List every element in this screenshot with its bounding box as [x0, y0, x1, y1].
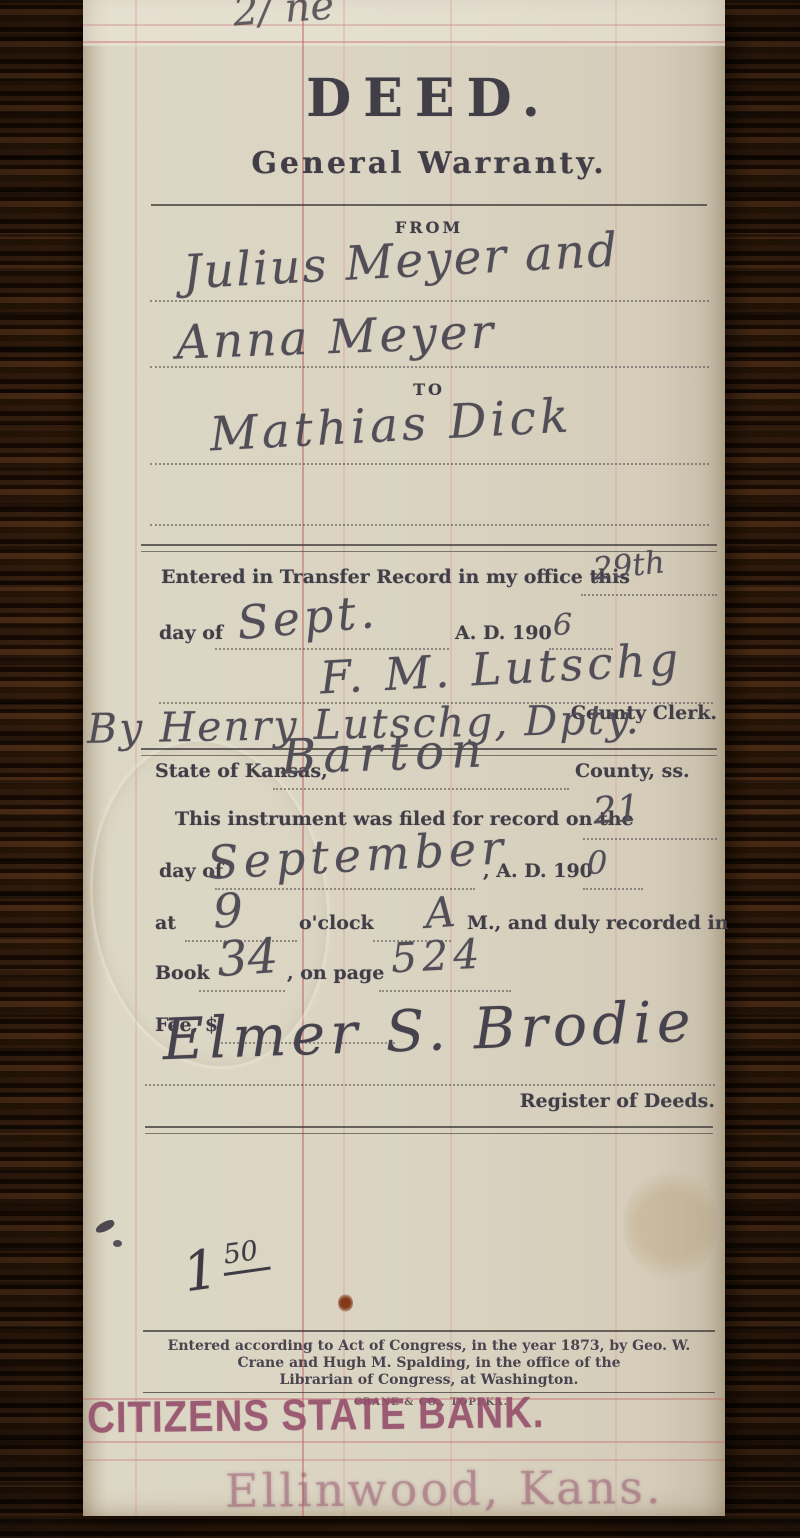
- at-label: at: [155, 912, 176, 934]
- dotted-rule: [583, 888, 643, 890]
- imprint-rule-top: [143, 1330, 715, 1332]
- filed-day-value: 21: [592, 786, 642, 832]
- dotted-rule: [145, 1084, 715, 1086]
- dotted-rule: [379, 990, 511, 992]
- rust-stain: [338, 1294, 353, 1312]
- dotted-rule: [199, 990, 285, 992]
- fee-amount-note: 150: [179, 1231, 268, 1305]
- fee-cents: 50: [220, 1234, 271, 1276]
- page-number-value: 524: [390, 930, 486, 983]
- book-label: Book: [155, 962, 210, 984]
- book-number-value: 34: [215, 928, 280, 988]
- bank-city-stamp: Ellinwood, Kans.: [225, 1460, 664, 1518]
- ink-smudge: [113, 1240, 122, 1247]
- section-divider: [145, 1126, 713, 1134]
- register-signature: Elmer S. Brodie: [146, 988, 712, 1074]
- filing-month-value: September: [206, 820, 510, 890]
- dotted-rule: [273, 788, 569, 790]
- filing-year-digit: 0: [587, 844, 607, 882]
- ruling-line-vertical: [135, 0, 137, 1516]
- photo-of-deed-on-wood-table: { "paper": { "pencil_note_top": "2/ ne",…: [0, 0, 800, 1538]
- copyright-line-3: Librarian of Congress, at Washington.: [143, 1372, 715, 1389]
- recorded-text: M., and duly recorded in: [467, 912, 729, 934]
- copyright-imprint: Entered according to Act of Congress, in…: [143, 1338, 715, 1389]
- tan-stain: [623, 1170, 718, 1280]
- oclock-label: o'clock: [299, 912, 374, 934]
- county-ss-label: County, ss.: [575, 760, 690, 782]
- deputy-clerk-line: By Henry Lutschg, Dpty.: [87, 695, 641, 753]
- fee-dollars: 1: [179, 1237, 222, 1304]
- copyright-line-1: Entered according to Act of Congress, in…: [143, 1338, 715, 1355]
- copyright-line-2: Crane and Hugh M. Spalding, in the offic…: [143, 1355, 715, 1372]
- page-label: , on page: [287, 962, 384, 984]
- dotted-rule: [583, 838, 717, 840]
- register-title: Register of Deeds.: [493, 1090, 715, 1112]
- bank-name-stamp: CITIZENS STATE BANK.: [87, 1389, 545, 1444]
- ink-smudge: [94, 1218, 116, 1235]
- deed-document-paper: 2/ ne DEED. General Warranty. FROM Juliu…: [83, 0, 725, 1516]
